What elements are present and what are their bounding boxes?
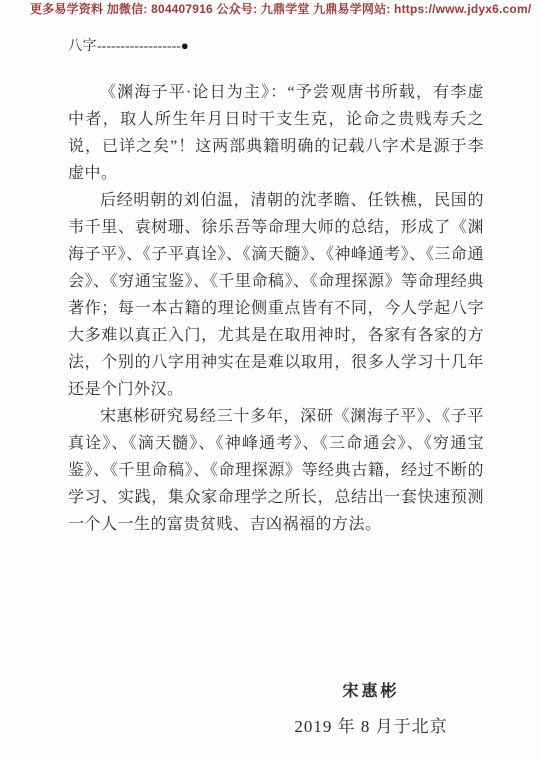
document-page: 更多易学资料 加微信: 804407916 公众号: 九鼎学堂 九鼎易学网站: … xyxy=(0,0,541,758)
section-heading: 八字------------------● xyxy=(68,38,189,55)
signature-block: 宋惠彬 2019 年 8 月于北京 xyxy=(271,678,471,737)
signature-date: 2019 年 8 月于北京 xyxy=(271,712,471,737)
paragraph-author-method: 宋惠彬研究易经三十多年，深研《渊海子平》、《子平真诠》、《滴天髓》、《神峰通考》… xyxy=(68,403,484,538)
document-body: 《渊海子平·论日为主》：“予尝观唐书所载，有李虚中者，取人所生年月日时干支生克，… xyxy=(68,79,484,538)
section-label: 八字 xyxy=(68,39,97,54)
section-dashes: ------------------ xyxy=(97,39,181,54)
signature-name: 宋惠彬 xyxy=(271,678,471,701)
promo-header-text: 更多易学资料 加微信: 804407916 公众号: 九鼎学堂 九鼎易学网站: … xyxy=(30,2,539,16)
bullet-dot-icon: ● xyxy=(181,38,189,53)
paragraph-classic-texts: 后经明朝的刘伯温，清朝的沈孝瞻、任铁樵，民国的韦千里、袁树珊、徐乐吾等命理大师的… xyxy=(68,187,484,403)
paragraph-origin-of-bazi: 《渊海子平·论日为主》：“予尝观唐书所载，有李虚中者，取人所生年月日时干支生克，… xyxy=(68,79,484,187)
